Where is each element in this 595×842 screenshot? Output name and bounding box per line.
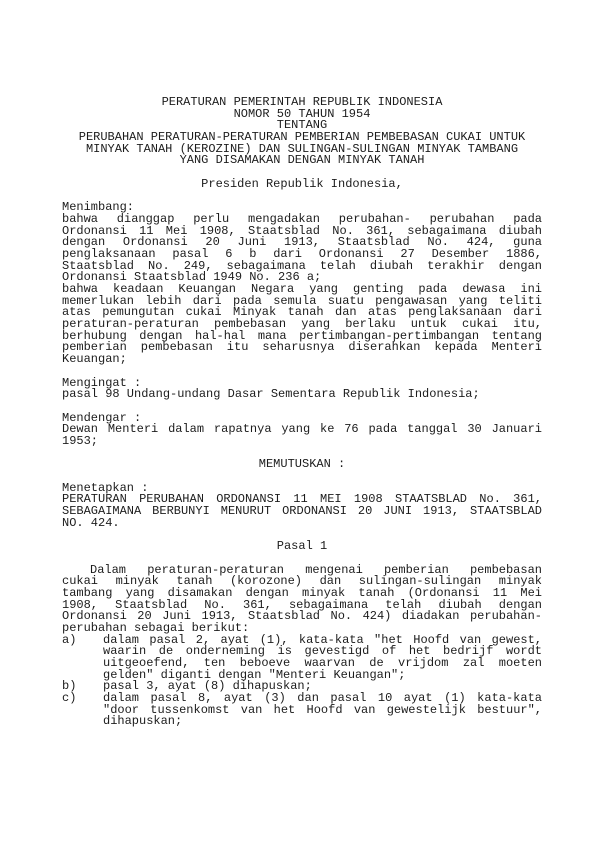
document-page: PERATURAN PEMERINTAH REPUBLIK INDONESIA … (0, 0, 595, 842)
list-marker: c) (62, 693, 76, 705)
doc-line: Keuangan; (62, 354, 542, 366)
regulation-text-column: PERATURAN PEMERINTAH REPUBLIK INDONESIA … (62, 97, 542, 728)
doc-line: NO. 424. (62, 518, 542, 530)
doc-line: Dewan Menteri dalam rapatnya yang ke 76 … (62, 424, 542, 436)
doc-line: SEBAGAIMANA BERBUNYI MENURUT ORDONANSI 2… (62, 506, 542, 518)
regulation-subject-line: YANG DISAMAKAN DENGAN MINYAK TANAH (62, 155, 542, 167)
doc-line: 1953; (62, 436, 542, 448)
doc-line: dihapuskan; (103, 716, 542, 728)
list-item-c-continuation: dihapuskan; (62, 716, 542, 728)
section-label-memutuskan: MEMUTUSKAN : (62, 459, 542, 471)
doc-line: pasal 98 Undang-undang Dasar Sementara R… (62, 389, 542, 401)
salutation-line: Presiden Republik Indonesia, (62, 179, 542, 191)
pasal-1-heading: Pasal 1 (62, 541, 542, 553)
list-marker: a) (62, 635, 76, 647)
blank-line (62, 191, 542, 203)
doc-line: pemberian pembebasan itu seharusnya dise… (62, 342, 542, 354)
